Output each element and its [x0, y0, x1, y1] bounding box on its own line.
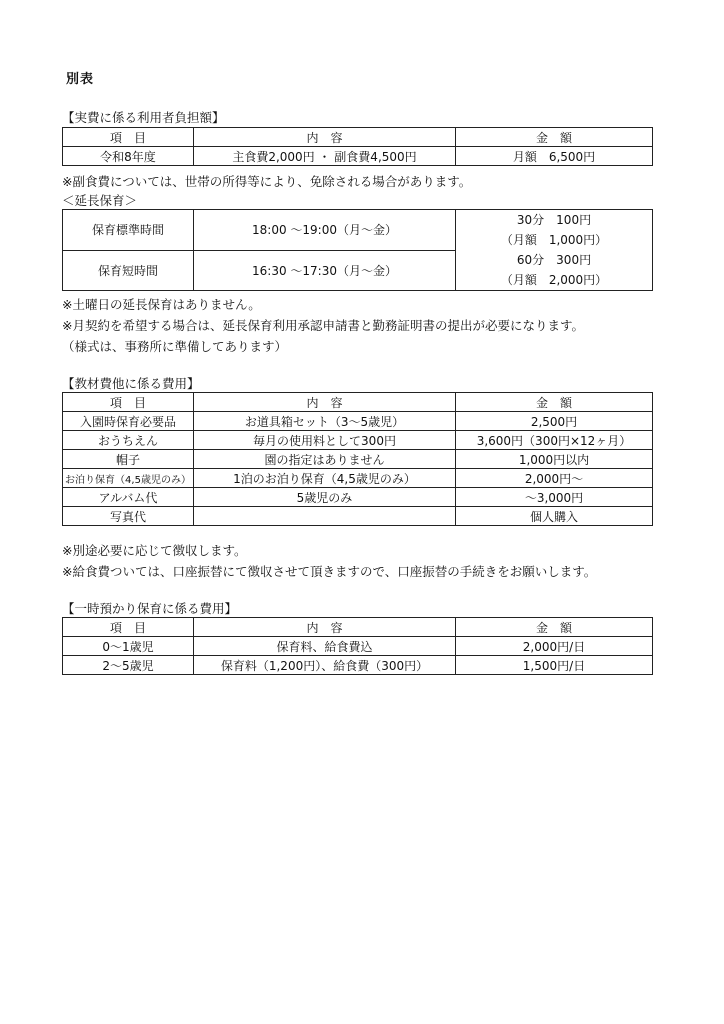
header-amount: 金額: [456, 393, 653, 412]
table-row: 帽子 園の指定はありません 1,000円以内: [63, 450, 653, 469]
cell-item: 帽子: [63, 450, 194, 469]
cell-amount: 月額 6,500円: [456, 147, 653, 166]
cell-content: 主食費2,000円 ・ 副食費4,500円: [194, 147, 456, 166]
header-item: 項目: [63, 618, 194, 637]
cell-time: 18:00 ～19:00（月～金）: [194, 210, 456, 251]
fee-line: 30分 100円: [456, 210, 652, 230]
cell-content: 保育料（1,200円）、給食費（300円）: [194, 656, 456, 675]
header-content: 内容: [194, 128, 456, 147]
header-amount: 金額: [456, 618, 653, 637]
section-heading-temporary-care: 【一時預かり保育に係る費用】: [62, 599, 237, 617]
cell-item: 令和8年度: [63, 147, 194, 166]
table-header-row: 項目 内容 金額: [63, 128, 653, 147]
table-row: 写真代 個人購入: [63, 507, 653, 526]
cell-content: 保育料、給食費込: [194, 637, 456, 656]
table-row: 0～1歳児 保育料、給食費込 2,000円/日: [63, 637, 653, 656]
section-heading-materials: 【教材費他に係る費用】: [62, 374, 200, 392]
table-row: お泊り保育（4,5歳児のみ） 1泊のお泊り保育（4,5歳児のみ） 2,000円～: [63, 469, 653, 488]
note: ※別途必要に応じて徴収します。: [62, 541, 246, 559]
cell-content: 毎月の使用料として300円: [194, 431, 456, 450]
fee-line: （月額 1,000円）: [456, 230, 652, 250]
cell-item: 保育短時間: [63, 250, 194, 291]
cell-item: アルバム代: [63, 488, 194, 507]
fee-line: （月額 2,000円）: [456, 270, 652, 290]
table-row: 保育標準時間 18:00 ～19:00（月～金） 30分 100円 （月額 1,…: [63, 210, 653, 251]
cell-content: [194, 507, 456, 526]
actual-cost-table: 項目 内容 金額 令和8年度 主食費2,000円 ・ 副食費4,500円 月額 …: [62, 127, 653, 166]
cell-amount: 3,600円（300円×12ヶ月）: [456, 431, 653, 450]
note: ※給食費ついては、口座振替にて徴収させて頂きますので、口座振替の手続きをお願いし…: [62, 562, 596, 580]
section-heading-extended-care: ＜延長保育＞: [62, 191, 137, 209]
cell-amount: 1,000円以内: [456, 450, 653, 469]
cell-item: お泊り保育（4,5歳児のみ）: [63, 469, 194, 488]
table-row: アルバム代 5歳児のみ ～3,000円: [63, 488, 653, 507]
cell-item: おうちえん: [63, 431, 194, 450]
section-heading-actual-cost: 【実費に係る利用者負担額】: [62, 108, 225, 126]
cell-amount: 2,500円: [456, 412, 653, 431]
temporary-care-table: 項目 内容 金額 0～1歳児 保育料、給食費込 2,000円/日 2～5歳児 保…: [62, 617, 653, 675]
cell-content: 5歳児のみ: [194, 488, 456, 507]
cell-content: 1泊のお泊り保育（4,5歳児のみ）: [194, 469, 456, 488]
cell-amount: 個人購入: [456, 507, 653, 526]
cell-amount: 2,000円/日: [456, 637, 653, 656]
cell-amount: 2,000円～: [456, 469, 653, 488]
cell-content: 園の指定はありません: [194, 450, 456, 469]
header-item: 項目: [63, 128, 194, 147]
note: ※副食費については、世帯の所得等により、免除される場合があります。: [62, 172, 471, 190]
table-row: 2～5歳児 保育料（1,200円）、給食費（300円） 1,500円/日: [63, 656, 653, 675]
extended-care-table: 保育標準時間 18:00 ～19:00（月～金） 30分 100円 （月額 1,…: [62, 209, 653, 291]
document-title: 別表: [66, 68, 94, 87]
cell-item: 保育標準時間: [63, 210, 194, 251]
cell-item: 0～1歳児: [63, 637, 194, 656]
note: ※月契約を希望する場合は、延長保育利用承認申請書と勤務証明書の提出が必要になりま…: [62, 316, 584, 334]
header-content: 内容: [194, 618, 456, 637]
note: （様式は、事務所に準備してあります）: [62, 337, 287, 355]
cell-item: 写真代: [63, 507, 194, 526]
table-row: 令和8年度 主食費2,000円 ・ 副食費4,500円 月額 6,500円: [63, 147, 653, 166]
note: ※土曜日の延長保育はありません。: [62, 295, 261, 313]
cell-amount: 1,500円/日: [456, 656, 653, 675]
header-item: 項目: [63, 393, 194, 412]
header-amount: 金額: [456, 128, 653, 147]
table-header-row: 項目 内容 金額: [63, 393, 653, 412]
cell-content: お道具箱セット（3～5歳児）: [194, 412, 456, 431]
header-content: 内容: [194, 393, 456, 412]
table-row: おうちえん 毎月の使用料として300円 3,600円（300円×12ヶ月）: [63, 431, 653, 450]
fee-line: 60分 300円: [456, 250, 652, 270]
cell-amount: ～3,000円: [456, 488, 653, 507]
cell-item: 入園時保育必要品: [63, 412, 194, 431]
cell-time: 16:30 ～17:30（月～金）: [194, 250, 456, 291]
cell-item: 2～5歳児: [63, 656, 194, 675]
cell-fees: 30分 100円 （月額 1,000円） 60分 300円 （月額 2,000円…: [456, 210, 653, 291]
table-row: 入園時保育必要品 お道具箱セット（3～5歳児） 2,500円: [63, 412, 653, 431]
table-header-row: 項目 内容 金額: [63, 618, 653, 637]
materials-table: 項目 内容 金額 入園時保育必要品 お道具箱セット（3～5歳児） 2,500円 …: [62, 392, 653, 526]
